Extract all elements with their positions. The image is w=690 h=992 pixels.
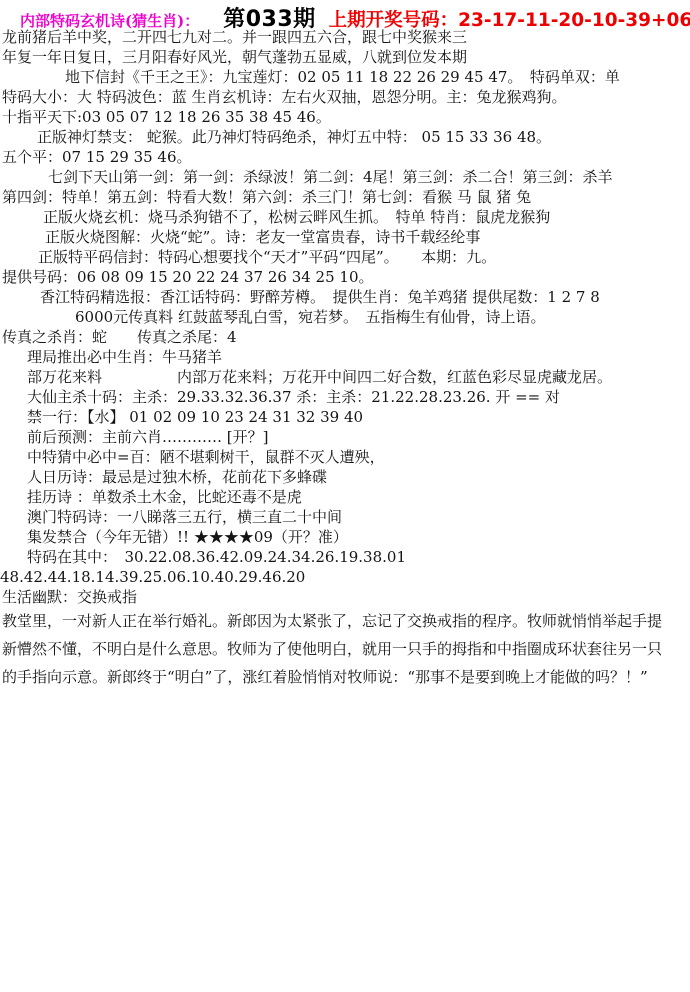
text-line: 七剑下天山第一剑：第一剑：杀绿波！第二剑：4尾！第三剑：杀二合！第三剑：杀羊 bbox=[0, 167, 690, 187]
header-row: 内部特码玄机诗(猜生肖)： 第033期 上期开奖号码：23-17-11-20-1… bbox=[0, 2, 690, 28]
text-line: 新懵然不懂，不明白是什么意思。牧师为了使他明白，就用一只手的拇指和中指圈成环状套… bbox=[0, 635, 690, 663]
text-body: 龙前猪后羊中奖，二开四七九对二。并一跟四五六合，跟七中奖猴来三年复一年日复日，三… bbox=[0, 27, 690, 691]
text-line: 48.42.44.18.14.39.25.06.10.40.29.46.20 bbox=[0, 567, 690, 587]
lottery-tip-sheet-page: 内部特码玄机诗(猜生肖)： 第033期 上期开奖号码：23-17-11-20-1… bbox=[0, 0, 690, 992]
text-line: 年复一年日复日，三月阳春好风光，朝气蓬勃五显威，八就到位发本期 bbox=[0, 47, 690, 67]
text-line: 正版火烧玄机：烧马杀狗错不了，松树云畔风生抓。 特单 特肖：鼠虎龙猴狗 bbox=[0, 207, 690, 227]
text-line: 人日历诗：最忌是过独木桥，花前花下多蜂碟 bbox=[0, 467, 690, 487]
text-line: 正版火烧图解：火烧“蛇”。诗：老友一堂富贵春，诗书千载经纶事 bbox=[0, 227, 690, 247]
text-line: 提供号码：06 08 09 15 20 22 24 37 26 34 25 10… bbox=[0, 267, 690, 287]
text-line: 特码在其中： 30.22.08.36.42.09.24.34.26.19.38.… bbox=[0, 547, 690, 567]
text-line: 香江特码精选报：香江话特码：野醉芳樽。 提供生肖：兔羊鸡猪 提供尾数：1 2 7… bbox=[0, 287, 690, 307]
text-line: 6000元传真料 红鼓蓝琴乱白雪，宛若梦。 五指梅生有仙骨，诗上语。 bbox=[0, 307, 690, 327]
text-line: 中特猜中必中=百：陋不堪剩树干，鼠群不灭人遭殃， bbox=[0, 447, 690, 467]
text-line: 集发禁合（今年无错）!! ★★★★09（开？准） bbox=[0, 527, 690, 547]
humor-text-block: 教堂里，一对新人正在举行婚礼。新郎因为太紧张了，忘记了交换戒指的程序。牧师就悄悄… bbox=[0, 607, 690, 691]
tips-text-block: 龙前猪后羊中奖，二开四七九对二。并一跟四五六合，跟七中奖猴来三年复一年日复日，三… bbox=[0, 27, 690, 607]
text-line: 大仙主杀十码：主杀：29.33.32.36.37 杀：主杀：21.22.28.2… bbox=[0, 387, 690, 407]
text-line: 理局推出必中生肖：牛马猪羊 bbox=[0, 347, 690, 367]
text-line: 挂历诗 ：单数杀土木金，比蛇还毒不是虎 bbox=[0, 487, 690, 507]
text-line: 教堂里，一对新人正在举行婚礼。新郎因为太紧张了，忘记了交换戒指的程序。牧师就悄悄… bbox=[0, 607, 690, 635]
text-line: 部万花来料 内部万花来料；万花开中间四二好合数，红蓝色彩尽显虎藏龙居。 bbox=[0, 367, 690, 387]
text-line: 前后预测：主前六肖………… [开？] bbox=[0, 427, 690, 447]
text-line: 龙前猪后羊中奖，二开四七九对二。并一跟四五六合，跟七中奖猴来三 bbox=[0, 27, 690, 47]
text-line: 正版神灯禁支： 蛇猴。此乃神灯特码绝杀，神灯五中特： 05 15 33 36 4… bbox=[0, 127, 690, 147]
text-line: 五个平：07 15 29 35 46。 bbox=[0, 147, 690, 167]
text-line: 生活幽默：交换戒指 bbox=[0, 587, 690, 607]
text-line: 正版特平码信封：特码心想要找个“天才”平码“四尾”。 本期：九。 bbox=[0, 247, 690, 267]
text-line: 第四剑：特单！第五剑：特看大数！第六剑：杀三门！第七剑：看猴 马 鼠 猪 兔 bbox=[0, 187, 690, 207]
text-line: 澳门特码诗：一八睇落三五行，横三直二十中间 bbox=[0, 507, 690, 527]
text-line: 特码大小：大 特码波色：蓝 生肖玄机诗：左右火双抽，恩怨分明。主：兔龙猴鸡狗。 bbox=[0, 87, 690, 107]
text-line: 传真之杀肖：蛇 传真之杀尾：4 bbox=[0, 327, 690, 347]
text-line: 十指平天下:03 05 07 12 18 26 35 38 45 46。 bbox=[0, 107, 690, 127]
text-line: 的手指向示意。新郎终于“明白”了，涨红着脸悄悄对牧师说：“那事不是要到晚上才能做… bbox=[0, 663, 690, 691]
text-line: 地下信封《千王之王》：九宝莲灯：02 05 11 18 22 26 29 45 … bbox=[0, 67, 690, 87]
text-line: 禁一行：【水】 01 02 09 10 23 24 31 32 39 40 bbox=[0, 407, 690, 427]
